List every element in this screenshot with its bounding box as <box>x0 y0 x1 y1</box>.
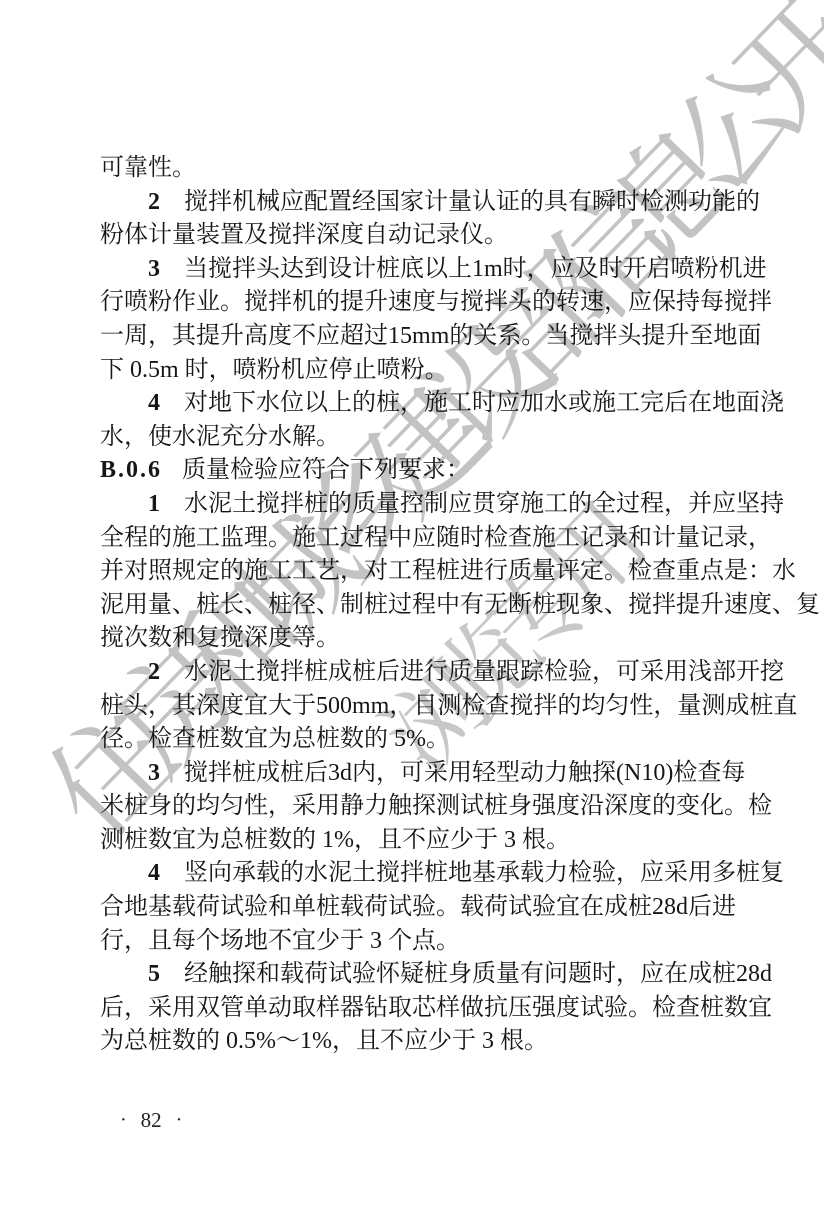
text-run: 地 <box>712 387 736 421</box>
text-run: 泥 <box>328 857 352 891</box>
text-run: 试 <box>460 790 484 824</box>
text-run: 性 <box>244 790 268 824</box>
text-run: 触 <box>388 790 412 824</box>
text-run: 管 <box>220 992 244 1026</box>
text-run: 成 <box>328 656 352 690</box>
text-run: 动 <box>520 757 544 791</box>
text-run: 施 <box>424 387 448 421</box>
text-run: 跟 <box>496 656 520 690</box>
text-run: 3d <box>328 757 352 791</box>
text-run: 检 <box>640 186 664 220</box>
text-run: 速 <box>580 286 604 320</box>
text-run: 搅 <box>256 488 280 522</box>
text-run: 量 <box>532 555 556 589</box>
text-run: ， <box>340 555 364 589</box>
text-line: B.0.6质量检验应符合下列要求： <box>100 454 722 488</box>
text-run: 、 <box>772 589 796 623</box>
text-run: 或 <box>568 387 592 421</box>
text-run: 经 <box>352 186 376 220</box>
text-run: 的 <box>520 186 544 220</box>
text-run: 测 <box>436 790 460 824</box>
text-run: 到 <box>304 253 328 287</box>
text-run: 。 <box>436 891 460 925</box>
text-run: 桩 <box>436 555 460 589</box>
text-run: 机 <box>719 253 743 287</box>
text-run: ， <box>653 690 677 724</box>
text-run: 面 <box>736 387 760 421</box>
text-run: 认 <box>472 186 496 220</box>
text-run: 地 <box>124 891 148 925</box>
text-run: 探 <box>232 958 256 992</box>
text-run: 成 <box>256 757 280 791</box>
text-run: 桩 <box>424 857 448 891</box>
text-run: 进 <box>743 253 767 287</box>
text-run: 其 <box>172 320 196 354</box>
text-run: 工 <box>544 488 568 522</box>
item-number: 2 <box>148 656 160 690</box>
text-run: 桩 <box>628 891 652 925</box>
text-run: 并 <box>100 555 124 589</box>
text-run: 荷 <box>196 891 220 925</box>
text-run: 工 <box>292 555 316 589</box>
text-run: 检 <box>652 992 676 1026</box>
text-line: 为总桩数的 0.5%～1%，且不应少于 3 根。 <box>100 1025 722 1059</box>
text-run: 成 <box>604 891 628 925</box>
text-run: 桩 <box>304 488 328 522</box>
text-run: 其 <box>172 690 196 724</box>
footer-left-dot: · <box>120 1109 127 1132</box>
text-run: 桩 <box>700 992 724 1026</box>
text-run: 过 <box>616 488 640 522</box>
text-run: 1m <box>472 253 503 287</box>
text-run: 土 <box>232 656 256 690</box>
text-run: 有 <box>460 589 484 623</box>
text-run: 探 <box>412 790 436 824</box>
text-run: 拌 <box>748 286 772 320</box>
text-run: 化 <box>700 790 724 824</box>
text-run: 计 <box>352 253 376 287</box>
text-run: 水 <box>184 488 208 522</box>
text-run: 。 <box>521 320 545 354</box>
text-run: 15mm <box>388 320 449 354</box>
text-run: 成 <box>688 958 712 992</box>
text-run: (N10) <box>616 757 673 791</box>
text-run: 系 <box>497 320 521 354</box>
text-run: 应 <box>628 286 652 320</box>
text-run: 持 <box>676 286 700 320</box>
text-run: 中 <box>388 522 412 556</box>
text-run: 点 <box>700 555 724 589</box>
text-run: 深 <box>604 790 628 824</box>
text-line: 桩头，其深度宜大于500mm，目测检查搅拌的均匀性，量测成桩直 <box>100 690 722 724</box>
text-run: 拌 <box>484 286 508 320</box>
text-run: 载 <box>340 891 364 925</box>
text-run: 部 <box>712 656 736 690</box>
text-run: ， <box>124 992 148 1026</box>
text-run: 验 <box>352 958 376 992</box>
text-run: 检 <box>544 656 568 690</box>
text-run: 经 <box>184 958 208 992</box>
text-run: ， <box>400 387 424 421</box>
text-run: 搅 <box>509 690 533 724</box>
text-line: 5经触探和载荷试验怀疑桩身质量有问题时，应在成桩28d <box>100 958 722 992</box>
text-run: 一 <box>100 320 124 354</box>
text-run: 照 <box>148 555 172 589</box>
item-number: 4 <box>148 857 160 891</box>
text-run: 有 <box>520 958 544 992</box>
text-run: 监 <box>220 522 244 556</box>
text-run: 制 <box>340 589 364 623</box>
text-run: 大 <box>268 690 292 724</box>
text-run: ， <box>389 690 413 724</box>
text-run: 达 <box>280 253 304 287</box>
text-line: 行，且每个场地不宜少于 3 个点。 <box>100 925 722 959</box>
text-run: 水，使水泥充分水解。 <box>100 424 340 450</box>
text-run: 量 <box>676 522 700 556</box>
text-run: 随 <box>436 522 460 556</box>
text-run: 进 <box>460 555 484 589</box>
text-run: 28d <box>652 891 688 925</box>
text-run: 中 <box>436 589 460 623</box>
text-run: 搅 <box>244 286 268 320</box>
text-run: 的 <box>568 488 592 522</box>
text-run: 性 <box>629 690 653 724</box>
text-run: 型 <box>496 757 520 791</box>
text-run: 时 <box>599 253 623 287</box>
text-run: 械 <box>256 186 280 220</box>
text-run: 关 <box>473 320 497 354</box>
text-run: 浅 <box>688 656 712 690</box>
text-run: 径。检查桩数宜为总桩数的 5%。 <box>100 726 450 752</box>
text-run: 力 <box>544 757 568 791</box>
text-run: 在 <box>688 387 712 421</box>
text-run: 验 <box>568 656 592 690</box>
text-run: 土 <box>352 857 376 891</box>
text-run: 能 <box>712 186 736 220</box>
text-run: 于 <box>292 690 316 724</box>
text-line: 并对照规定的施工工艺，对工程桩进行质量评定。检查重点是：水 <box>100 555 722 589</box>
text-run: 后 <box>688 891 712 925</box>
text-run: 桩 <box>532 589 556 623</box>
text-run: 施 <box>520 488 544 522</box>
text-run: 转 <box>556 286 580 320</box>
text-run: 地 <box>448 857 472 891</box>
text-run: 桩 <box>352 656 376 690</box>
text-run: 是 <box>724 555 748 589</box>
text-run: ， <box>592 656 616 690</box>
text-run: 触 <box>208 958 232 992</box>
text-run: 程 <box>640 488 664 522</box>
text-run: 桩 <box>268 589 292 623</box>
text-run: 桩 <box>232 757 256 791</box>
text-run: 问 <box>544 958 568 992</box>
text-run: 工 <box>268 555 292 589</box>
text-line: 搅次数和复搅深度等。 <box>100 622 722 656</box>
item-number: 2 <box>148 186 160 220</box>
text-run: 开 <box>623 253 647 287</box>
text-run: 取 <box>388 992 412 1026</box>
text-run: 过 <box>340 522 364 556</box>
text-run: 机 <box>232 186 256 220</box>
text-run: 和 <box>628 522 652 556</box>
text-run: 的 <box>220 555 244 589</box>
text-run: 施 <box>532 522 556 556</box>
text-run: 行 <box>100 286 124 320</box>
text-run: 。 <box>268 522 292 556</box>
text-run: 无 <box>484 589 508 623</box>
text-run: 抗 <box>484 992 508 1026</box>
text-run: 工 <box>556 522 580 556</box>
text-line: 米桩身的均匀性，采用静力触探测试桩身强度沿深度的变化。检 <box>100 790 722 824</box>
text-run: 计 <box>424 186 448 220</box>
text-run: 采 <box>292 790 316 824</box>
text-run: 量 <box>677 690 701 724</box>
text-run: 成 <box>725 690 749 724</box>
text-run: 合 <box>100 891 124 925</box>
text-line: 3搅拌桩成桩后3d内，可采用轻型动力触探(N10)检查每 <box>100 757 722 791</box>
text-run: 以 <box>304 387 328 421</box>
text-run: 拌 <box>208 186 232 220</box>
item-number: 3 <box>148 757 160 791</box>
text-run: 踪 <box>520 656 544 690</box>
text-run: 每 <box>700 286 724 320</box>
text-run: 量 <box>376 488 400 522</box>
text-run: 、 <box>604 589 628 623</box>
text-run: 施 <box>172 522 196 556</box>
text-run: 查 <box>485 690 509 724</box>
text-run: 时 <box>616 186 640 220</box>
text-run: 拌 <box>268 286 292 320</box>
text-run: 静 <box>340 790 364 824</box>
text-run: 的 <box>532 286 556 320</box>
text-run: 查 <box>652 555 676 589</box>
text-run: 记 <box>700 522 724 556</box>
text-run: 沿 <box>580 790 604 824</box>
text-run: 、 <box>244 589 268 623</box>
item-number: 3 <box>148 253 160 287</box>
text-run: 面 <box>737 320 761 354</box>
text-run: 和 <box>268 891 292 925</box>
text-run: 保 <box>652 286 676 320</box>
text-run: 验 <box>604 992 628 1026</box>
text-run: 在 <box>664 958 688 992</box>
text-run: 程 <box>412 555 436 589</box>
text-run: 均 <box>196 790 220 824</box>
text-run: 控 <box>400 488 424 522</box>
text-run: 拌 <box>533 690 557 724</box>
text-run: 和 <box>256 958 280 992</box>
text-run: 置 <box>328 186 352 220</box>
text-run: 桩 <box>316 891 340 925</box>
text-run: 力 <box>544 857 568 891</box>
document-body: 可靠性。2搅拌机械应配置经国家计量认证的具有瞬时检测功能的粉体计量装置及搅拌深度… <box>100 152 722 1059</box>
text-run: 动 <box>268 992 292 1026</box>
text-run: 的 <box>316 286 340 320</box>
text-run: 对 <box>364 555 388 589</box>
text-run: 米 <box>100 790 124 824</box>
text-run: 应 <box>448 488 472 522</box>
text-run: 工 <box>448 387 472 421</box>
text-run: 贯 <box>472 488 496 522</box>
text-run: 验 <box>592 857 616 891</box>
text-run: 质 <box>508 555 532 589</box>
text-run: 拌 <box>593 320 617 354</box>
text-run: 目 <box>413 690 437 724</box>
text-line: 3当搅拌头达到设计桩底以上1m时，应及时开启喷粉机进 <box>100 253 722 287</box>
text-run: 桩 <box>736 857 760 891</box>
text-line: 粉体计量装置及搅拌深度自动记录仪。 <box>100 219 722 253</box>
text-run: 具 <box>544 186 568 220</box>
text-run: 在 <box>580 891 604 925</box>
text-run: 载 <box>256 857 280 891</box>
text-run: 穿 <box>496 488 520 522</box>
text-run: 取 <box>292 992 316 1026</box>
text-line: 2水泥土搅拌桩成桩后进行质量跟踪检验，可采用浅部开挖 <box>100 656 722 690</box>
text-run: 不 <box>292 320 316 354</box>
text-run: 泥 <box>100 589 124 623</box>
text-run: 应 <box>640 857 664 891</box>
text-run: 位 <box>280 387 304 421</box>
text-run: 试 <box>328 958 352 992</box>
text-run: 度 <box>556 790 580 824</box>
text-run: 验 <box>532 891 556 925</box>
text-run: 载 <box>460 891 484 925</box>
text-run: 的 <box>352 387 376 421</box>
text-run: 用 <box>448 757 472 791</box>
text-run: 质 <box>448 656 472 690</box>
text-run: 。 <box>628 992 652 1026</box>
text-run: 地 <box>713 320 737 354</box>
page-footer: · 82 · <box>106 1108 196 1133</box>
text-run: 试 <box>508 891 532 925</box>
text-run: 验 <box>244 891 268 925</box>
text-run: 行，且每个场地不宜少于 3 个点。 <box>100 928 460 954</box>
text-run: 采 <box>640 656 664 690</box>
text-run: 评 <box>556 555 580 589</box>
text-run: 数 <box>724 992 748 1026</box>
text-run: 查 <box>697 757 721 791</box>
text-run: 的 <box>148 522 172 556</box>
text-run: 匀 <box>605 690 629 724</box>
text-run: 行 <box>424 656 448 690</box>
text-run: 用 <box>316 790 340 824</box>
text-run: 拌 <box>280 488 304 522</box>
text-run: 桩 <box>280 757 304 791</box>
text-run: 功 <box>688 186 712 220</box>
text-run: 程 <box>124 522 148 556</box>
text-line: 后，采用双管单动取样器钻取芯样做抗压强度试验。检查桩数宜 <box>100 992 722 1026</box>
text-run: 搅 <box>724 286 748 320</box>
text-run: 测 <box>664 186 688 220</box>
text-run: 均 <box>581 690 605 724</box>
text-run: 超 <box>340 320 364 354</box>
page-number: 82 <box>141 1108 162 1133</box>
text-run: 升 <box>220 320 244 354</box>
text-run: 录 <box>724 522 748 556</box>
text-run: 芯 <box>412 992 436 1026</box>
text-run: 定 <box>196 555 220 589</box>
text-run: 应 <box>712 488 736 522</box>
text-run: 钻 <box>364 992 388 1026</box>
text-run: 的 <box>449 320 473 354</box>
text-run: 桩 <box>124 790 148 824</box>
text-run: 水 <box>544 387 568 421</box>
text-run: 的 <box>652 790 676 824</box>
text-run: 程 <box>412 589 436 623</box>
text-run: 量 <box>148 589 172 623</box>
text-run: 搅 <box>256 656 280 690</box>
text-run: 当 <box>545 320 569 354</box>
text-run: 泥 <box>208 656 232 690</box>
text-run: 桩 <box>712 958 736 992</box>
text-run: ， <box>527 253 551 287</box>
text-run: 用 <box>688 857 712 891</box>
text-run: 载 <box>520 857 544 891</box>
text-run: 力 <box>364 790 388 824</box>
text-run: ， <box>616 857 640 891</box>
text-run: 施 <box>292 522 316 556</box>
text-run: 的 <box>328 488 352 522</box>
text-run: 后 <box>376 656 400 690</box>
text-run: 头 <box>617 320 641 354</box>
text-run: ， <box>748 522 772 556</box>
text-run: 的 <box>172 790 196 824</box>
text-run: 测 <box>437 690 461 724</box>
text-run: 桩 <box>484 790 508 824</box>
text-run: 全 <box>100 522 124 556</box>
text-run: 规 <box>172 555 196 589</box>
text-run: 粉体计量装置及搅拌深度自动记录仪。 <box>100 222 508 248</box>
text-run: 全 <box>592 488 616 522</box>
text-line: 径。检查桩数宜为总桩数的 5%。 <box>100 723 722 757</box>
text-run: 应 <box>496 387 520 421</box>
text-run: ， <box>148 690 172 724</box>
text-run: 机 <box>292 286 316 320</box>
item-number: 5 <box>148 958 160 992</box>
text-run: 竖 <box>184 857 208 891</box>
text-run: 启 <box>647 253 671 287</box>
item-number: 4 <box>148 387 160 421</box>
text-run: 喷 <box>671 253 695 287</box>
text-run: 。 <box>220 286 244 320</box>
text-run: 周 <box>124 320 148 354</box>
text-run: 水 <box>256 387 280 421</box>
text-run: 泥 <box>208 488 232 522</box>
text-run: 量 <box>448 186 472 220</box>
text-run: 坚 <box>736 488 760 522</box>
text-run: 量 <box>496 958 520 992</box>
text-line: 4竖向承载的水泥土搅拌桩地基承载力检验，应采用多桩复 <box>100 857 722 891</box>
text-run: 采 <box>664 857 688 891</box>
text-run: 直 <box>773 690 797 724</box>
text-run: 宜 <box>748 992 772 1026</box>
text-run: 身 <box>508 790 532 824</box>
text-run: 试 <box>388 891 412 925</box>
text-run: 证 <box>496 186 520 220</box>
text-run: 荷 <box>364 891 388 925</box>
text-run: 时 <box>592 958 616 992</box>
text-run: 度 <box>748 589 772 623</box>
text-run: 下 0.5m 时，喷粉机应停止喷粉。 <box>100 357 449 383</box>
text-run: 象 <box>580 589 604 623</box>
text-line: 1水泥土搅拌桩的质量控制应贯穿施工的全过程，并应坚持 <box>100 488 722 522</box>
text-run: 检 <box>484 522 508 556</box>
text-run: 质 <box>352 488 376 522</box>
text-run: 样 <box>436 992 460 1026</box>
text-run: 粉 <box>148 286 172 320</box>
text-run: 后 <box>664 387 688 421</box>
text-run: 检 <box>628 555 652 589</box>
